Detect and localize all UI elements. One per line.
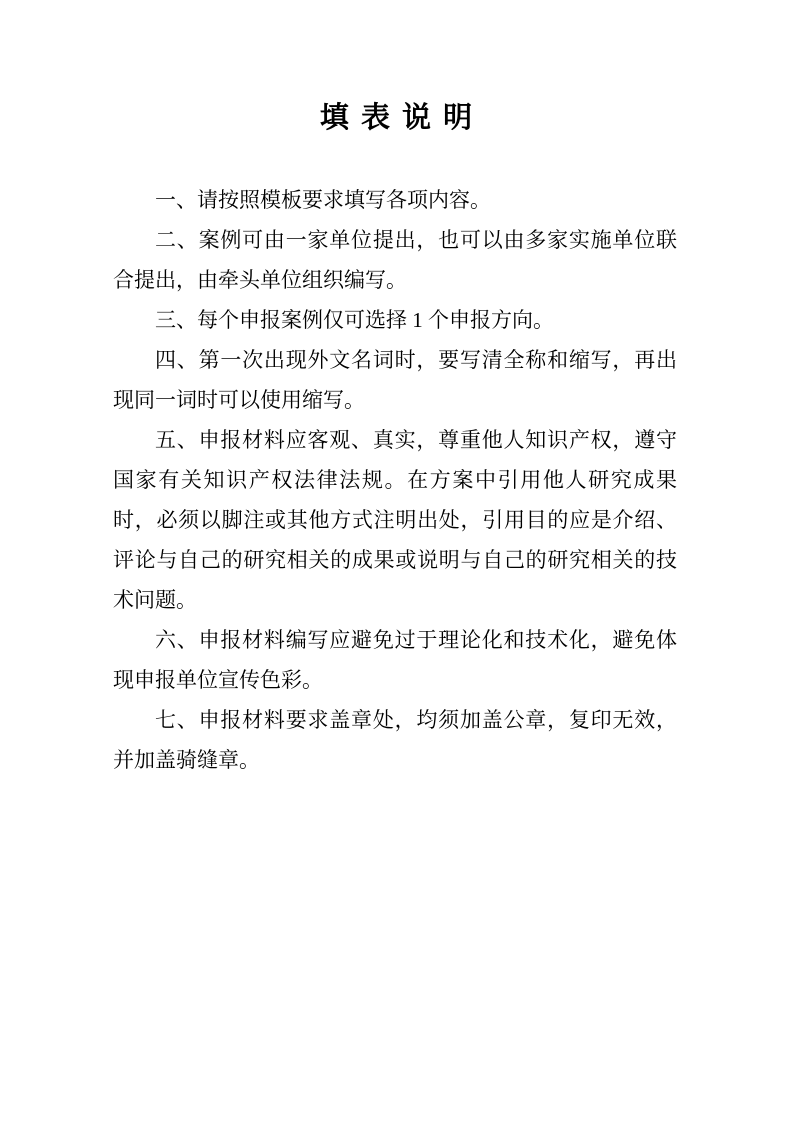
- instruction-item-1: 一、请按照模板要求填写各项内容。: [113, 180, 677, 220]
- instruction-item-2: 二、案例可由一家单位提出，也可以由多家实施单位联合提出，由牵头单位组织编写。: [113, 220, 677, 300]
- document-body: 一、请按照模板要求填写各项内容。 二、案例可由一家单位提出，也可以由多家实施单位…: [113, 180, 677, 780]
- page-title: 填 表 说 明: [0, 98, 794, 138]
- document-page: 填 表 说 明 一、请按照模板要求填写各项内容。 二、案例可由一家单位提出，也可…: [0, 0, 794, 1123]
- instruction-item-3: 三、每个申报案例仅可选择 1 个申报方向。: [113, 300, 677, 340]
- instruction-item-4: 四、第一次出现外文名词时，要写清全称和缩写，再出现同一词时可以使用缩写。: [113, 340, 677, 420]
- instruction-item-5: 五、申报材料应客观、真实，尊重他人知识产权，遵守国家有关知识产权法律法规。在方案…: [113, 420, 677, 620]
- instruction-item-7: 七、申报材料要求盖章处，均须加盖公章，复印无效，并加盖骑缝章。: [113, 700, 677, 780]
- instruction-item-6: 六、申报材料编写应避免过于理论化和技术化，避免体现申报单位宣传色彩。: [113, 620, 677, 700]
